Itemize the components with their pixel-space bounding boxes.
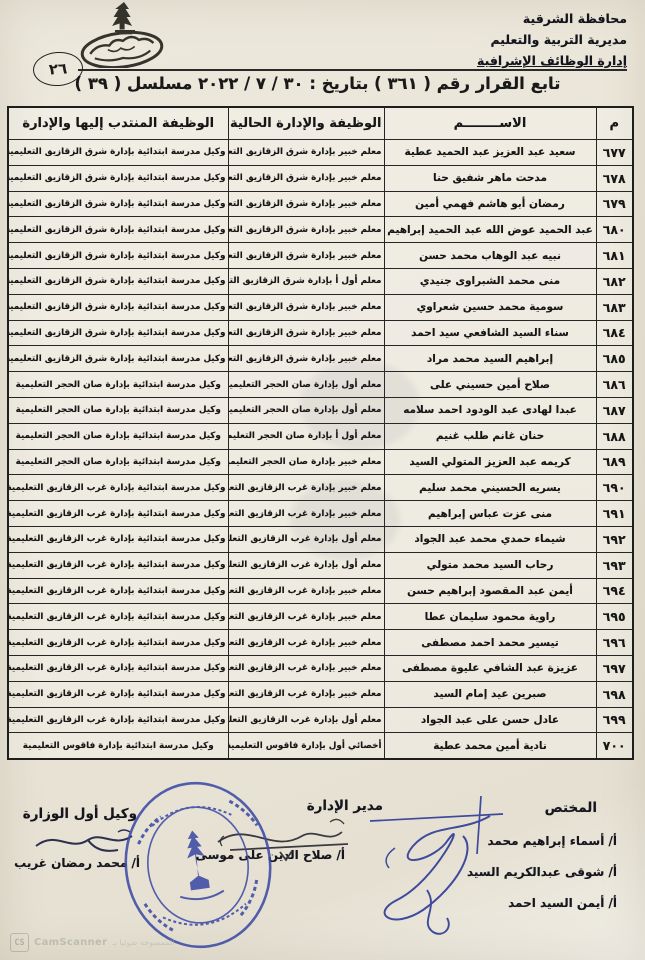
scanned-decree-page: محافظة الشرقية مديرية التربية والتعليم إ… (0, 0, 645, 960)
employee-name: رحاب السيد محمد متولي (384, 552, 596, 578)
table-header-row: م الاســــــــم الوظيفة والإدارة الحالية… (8, 107, 633, 140)
ink-bleed (290, 480, 400, 560)
employee-name: أيمن عبد المقصود إبراهيم حسن (384, 578, 596, 604)
current-position: أخصائي أول بإدارة فاقوس التعليمية (228, 733, 384, 759)
row-number: ٦٧٧ (596, 140, 633, 166)
col-header-delegated-job: الوظيفة المنتدب إليها والإدارة (8, 107, 228, 140)
delegated-position: وكيل مدرسة ابتدائية بإدارة صان الحجر الت… (8, 449, 228, 475)
current-position: معلم خبير بإدارة شرق الزقازيق التعليمية (228, 191, 384, 217)
delegated-position: وكيل مدرسة ابتدائية بإدارة غرب الزقازيق … (8, 552, 228, 578)
row-number: ٦٩٥ (596, 604, 633, 630)
delegated-position: وكيل مدرسة ابتدائية بإدارة فاقوس التعليم… (8, 733, 228, 759)
current-position: معلم خبير بإدارة غرب الزقازيق التعليمية (228, 681, 384, 707)
delegated-position: وكيل مدرسة ابتدائية بإدارة شرق الزقازيق … (8, 320, 228, 346)
employee-name: مدحت ماهر شفيق حنا (384, 165, 596, 191)
row-number: ٦٩٢ (596, 526, 633, 552)
camscanner-note: الممسوحة ضوئيا بـ (112, 938, 174, 947)
delegated-position: وكيل مدرسة ابتدائية بإدارة شرق الزقازيق … (8, 140, 228, 166)
delegated-position: وكيل مدرسة ابتدائية بإدارة غرب الزقازيق … (8, 630, 228, 656)
employee-name: راوية محمود سليمان عطا (384, 604, 596, 630)
delegated-position: وكيل مدرسة ابتدائية بإدارة صان الحجر الت… (8, 423, 228, 449)
row-number: ٦٩١ (596, 501, 633, 527)
table-row: ٦٧٨ مدحت ماهر شفيق حنا معلم خبير بإدارة … (8, 165, 633, 191)
current-position: معلم خبير بإدارة شرق الزقازيق التعليمية (228, 140, 384, 166)
table-row: ٦٧٩ رمضان أبو هاشم فهمي أمين معلم خبير ب… (8, 191, 633, 217)
official-stamp-icon (118, 776, 278, 954)
row-number: ٦٨٣ (596, 294, 633, 320)
employee-name: شيماء حمدي محمد عبد الجواد (384, 526, 596, 552)
row-number: ٦٩٨ (596, 681, 633, 707)
table-row: ٦٨٢ منى محمد الشبراوى جنيدي معلم أول أ ب… (8, 268, 633, 294)
employee-name: نادية أمين محمد عطية (384, 733, 596, 759)
ink-bleed (300, 360, 420, 450)
table-row: ٦٩٦ تيسير محمد احمد مصطفى معلم خبير بإدا… (8, 630, 633, 656)
row-number: ٦٩٣ (596, 552, 633, 578)
row-number: ٦٩٠ (596, 475, 633, 501)
row-number: ٦٨٧ (596, 397, 633, 423)
delegated-position: وكيل مدرسة ابتدائية بإدارة شرق الزقازيق … (8, 268, 228, 294)
employee-name: عزيزة عبد الشافي عليوة مصطفى (384, 655, 596, 681)
row-number: ٦٩٩ (596, 707, 633, 733)
delegated-position: وكيل مدرسة ابتدائية بإدارة صان الحجر الت… (8, 397, 228, 423)
delegated-position: وكيل مدرسة ابتدائية بإدارة غرب الزقازيق … (8, 604, 228, 630)
col-header-number: م (596, 107, 633, 140)
delegated-position: وكيل مدرسة ابتدائية بإدارة غرب الزقازيق … (8, 501, 228, 527)
governorate-name: محافظة الشرقية (477, 8, 627, 29)
employee-name: تيسير محمد احمد مصطفى (384, 630, 596, 656)
row-number: ٦٨٠ (596, 217, 633, 243)
specialist-signature (335, 788, 525, 943)
delegated-position: وكيل مدرسة ابتدائية بإدارة غرب الزقازيق … (8, 475, 228, 501)
employee-name: سناء السيد الشافعي سيد احمد (384, 320, 596, 346)
delegated-position: وكيل مدرسة ابتدائية بإدارة غرب الزقازيق … (8, 655, 228, 681)
current-position: معلم خبير بإدارة صان الحجر التعليمية (228, 449, 384, 475)
row-number: ٦٨١ (596, 243, 633, 269)
delegated-position: وكيل مدرسة ابتدائية بإدارة شرق الزقازيق … (8, 294, 228, 320)
employee-name: إبراهيم السيد محمد مراد (384, 346, 596, 372)
delegated-position: وكيل مدرسة ابتدائية بإدارة غرب الزقازيق … (8, 526, 228, 552)
employee-name: منى محمد الشبراوى جنيدي (384, 268, 596, 294)
current-position: معلم خبير بإدارة شرق الزقازيق التعليمية (228, 294, 384, 320)
current-position: معلم خبير بإدارة شرق الزقازيق التعليمية (228, 217, 384, 243)
document-header: محافظة الشرقية مديرية التربية والتعليم إ… (477, 8, 627, 73)
current-position: معلم أول بإدارة غرب الزقازيق التعليمية (228, 707, 384, 733)
delegated-position: وكيل مدرسة ابتدائية بإدارة غرب الزقازيق … (8, 681, 228, 707)
table-row: ٦٩٥ راوية محمود سليمان عطا معلم خبير بإد… (8, 604, 633, 630)
employee-name: عادل حسن على عبد الجواد (384, 707, 596, 733)
table-row: ٦٩٨ صبرين عيد إمام السيد معلم خبير بإدار… (8, 681, 633, 707)
row-number: ٦٨٦ (596, 372, 633, 398)
employee-name: سعيد عبد العزيز عبد الحميد عطية (384, 140, 596, 166)
row-number: ٦٨٥ (596, 346, 633, 372)
table-row: ٦٨٥ إبراهيم السيد محمد مراد معلم خبير بإ… (8, 346, 633, 372)
camscanner-badge-icon: CS (10, 933, 29, 952)
delegated-position: وكيل مدرسة ابتدائية بإدارة شرق الزقازيق … (8, 217, 228, 243)
table-row: ٦٧٧ سعيد عبد العزيز عبد الحميد عطية معلم… (8, 140, 633, 166)
delegated-position: وكيل مدرسة ابتدائية بإدارة صان الحجر الت… (8, 372, 228, 398)
row-number: ٦٩٦ (596, 630, 633, 656)
employee-name: كريمه عبد العزيز المتولي السيد (384, 449, 596, 475)
row-number: ٦٩٧ (596, 655, 633, 681)
header-divider (78, 69, 627, 71)
scanner-watermark: CS CamScanner الممسوحة ضوئيا بـ (10, 933, 174, 952)
current-position: معلم خبير بإدارة شرق الزقازيق التعليمية (228, 320, 384, 346)
table-row: ٧٠٠ نادية أمين محمد عطية أخصائي أول بإدا… (8, 733, 633, 759)
row-number: ٦٩٤ (596, 578, 633, 604)
table-row: ٦٩٧ عزيزة عبد الشافي عليوة مصطفى معلم خب… (8, 655, 633, 681)
row-number: ٦٨٨ (596, 423, 633, 449)
delegated-position: وكيل مدرسة ابتدائية بإدارة غرب الزقازيق … (8, 578, 228, 604)
current-position: معلم خبير بإدارة غرب الزقازيق التعليمية (228, 630, 384, 656)
delegated-position: وكيل مدرسة ابتدائية بإدارة شرق الزقازيق … (8, 191, 228, 217)
camscanner-label: CamScanner (34, 937, 107, 948)
delegated-position: وكيل مدرسة ابتدائية بإدارة شرق الزقازيق … (8, 243, 228, 269)
specialist-title: المختص (545, 800, 597, 816)
table-row: ٦٩٤ أيمن عبد المقصود إبراهيم حسن معلم خب… (8, 578, 633, 604)
current-position: معلم أول أ بإدارة شرق الزقازيق التعليمية (228, 268, 384, 294)
directorate-name: مديرية التربية والتعليم (477, 29, 627, 50)
table-row: ٦٨٤ سناء السيد الشافعي سيد احمد معلم خبي… (8, 320, 633, 346)
employee-name: حنان غانم طلب غنيم (384, 423, 596, 449)
employee-name: عبد الحميد عوض الله عبد الحميد إبراهيم (384, 217, 596, 243)
delegated-position: وكيل مدرسة ابتدائية بإدارة شرق الزقازيق … (8, 346, 228, 372)
col-header-name: الاســــــــم (384, 107, 596, 140)
table-row: ٦٩٩ عادل حسن على عبد الجواد معلم أول بإد… (8, 707, 633, 733)
employee-name: رمضان أبو هاشم فهمي أمين (384, 191, 596, 217)
row-number: ٦٨٩ (596, 449, 633, 475)
employee-name: صبرين عيد إمام السيد (384, 681, 596, 707)
employee-name: سومية محمد حسين شعراوي (384, 294, 596, 320)
current-position: معلم خبير بإدارة غرب الزقازيق التعليمية (228, 655, 384, 681)
current-position: معلم خبير بإدارة غرب الزقازيق التعليمية (228, 578, 384, 604)
table-row: ٦٨٠ عبد الحميد عوض الله عبد الحميد إبراه… (8, 217, 633, 243)
row-number: ٦٧٩ (596, 191, 633, 217)
table-row: ٦٨٣ سومية محمد حسين شعراوي معلم خبير بإد… (8, 294, 633, 320)
row-number: ٦٧٨ (596, 165, 633, 191)
decree-title: تابع القرار رقم ( ٣٦١ ) بتاريخ : ٣٠ / ٧ … (45, 74, 590, 93)
row-number: ٧٠٠ (596, 733, 633, 759)
current-position: معلم خبير بإدارة غرب الزقازيق التعليمية (228, 604, 384, 630)
row-number: ٦٨٢ (596, 268, 633, 294)
row-number: ٦٨٤ (596, 320, 633, 346)
table-row: ٦٨٩ كريمه عبد العزيز المتولي السيد معلم … (8, 449, 633, 475)
delegated-position: وكيل مدرسة ابتدائية بإدارة غرب الزقازيق … (8, 707, 228, 733)
current-position: معلم خبير بإدارة شرق الزقازيق التعليمية (228, 165, 384, 191)
current-position: معلم خبير بإدارة شرق الزقازيق التعليمية (228, 243, 384, 269)
col-header-current-job: الوظيفة والإدارة الحالية (228, 107, 384, 140)
employee-name: يسريه الحسيني محمد سليم (384, 475, 596, 501)
employee-name: منى عزت عباس إبراهيم (384, 501, 596, 527)
delegated-position: وكيل مدرسة ابتدائية بإدارة شرق الزقازيق … (8, 165, 228, 191)
employee-name: نبيه عبد الوهاب محمد حسن (384, 243, 596, 269)
table-row: ٦٨١ نبيه عبد الوهاب محمد حسن معلم خبير ب… (8, 243, 633, 269)
ministry-emblem-icon (72, 0, 172, 68)
